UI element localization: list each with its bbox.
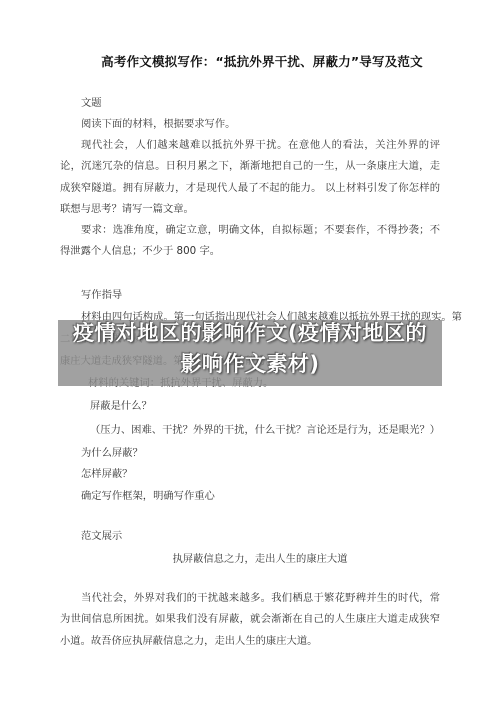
guide-question-how: 怎样屏蔽？ <box>81 464 461 485</box>
section-heading-guide: 写作指导 <box>81 285 122 306</box>
overlay-title: 疫情对地区的影响作文(疫情对地区的 影响作文素材) <box>58 318 442 380</box>
guide-question-what-detail: （压力、困难、干扰？外界的干扰，什么干扰？言论还是行为，还是眼光？） <box>90 420 470 441</box>
guide-question-what: 屏蔽是什么？ <box>90 396 470 417</box>
sample-essay-paragraph: 当代社会，外界对我们的干扰越来越多。我们栖息于繁花野稗并生的时代，常为世间信息所… <box>60 588 440 652</box>
guide-question-why: 为什么屏蔽？ <box>81 443 461 464</box>
guide-framework: 确定写作框架，明确写作重心 <box>81 486 461 507</box>
section-heading-sample: 范文展示 <box>81 526 122 547</box>
prompt-requirements: 要求：选准角度，确定立意，明确文体，自拟标题；不要套作，不得抄袭；不得泄露个人信… <box>60 220 440 263</box>
prompt-material: 现代社会，人们越来越难以抵抗外界干扰。在意他人的看法，关注外界的评论，沉迷冗杂的… <box>60 135 440 220</box>
section-heading-prompt: 文题 <box>81 93 102 114</box>
overlay-title-line1: 疫情对地区的影响作文(疫情对地区的 <box>58 318 442 349</box>
sample-essay-title: 执屏蔽信息之力，走出人生的康庄大道 <box>70 549 450 570</box>
document-title: 高考作文模拟写作：“抵抗外界干扰、屏蔽力”导写及范文 <box>0 52 500 70</box>
overlay-title-line2: 影响作文素材) <box>58 349 442 380</box>
prompt-instruction: 阅读下面的材料，根据要求写作。 <box>81 114 461 135</box>
